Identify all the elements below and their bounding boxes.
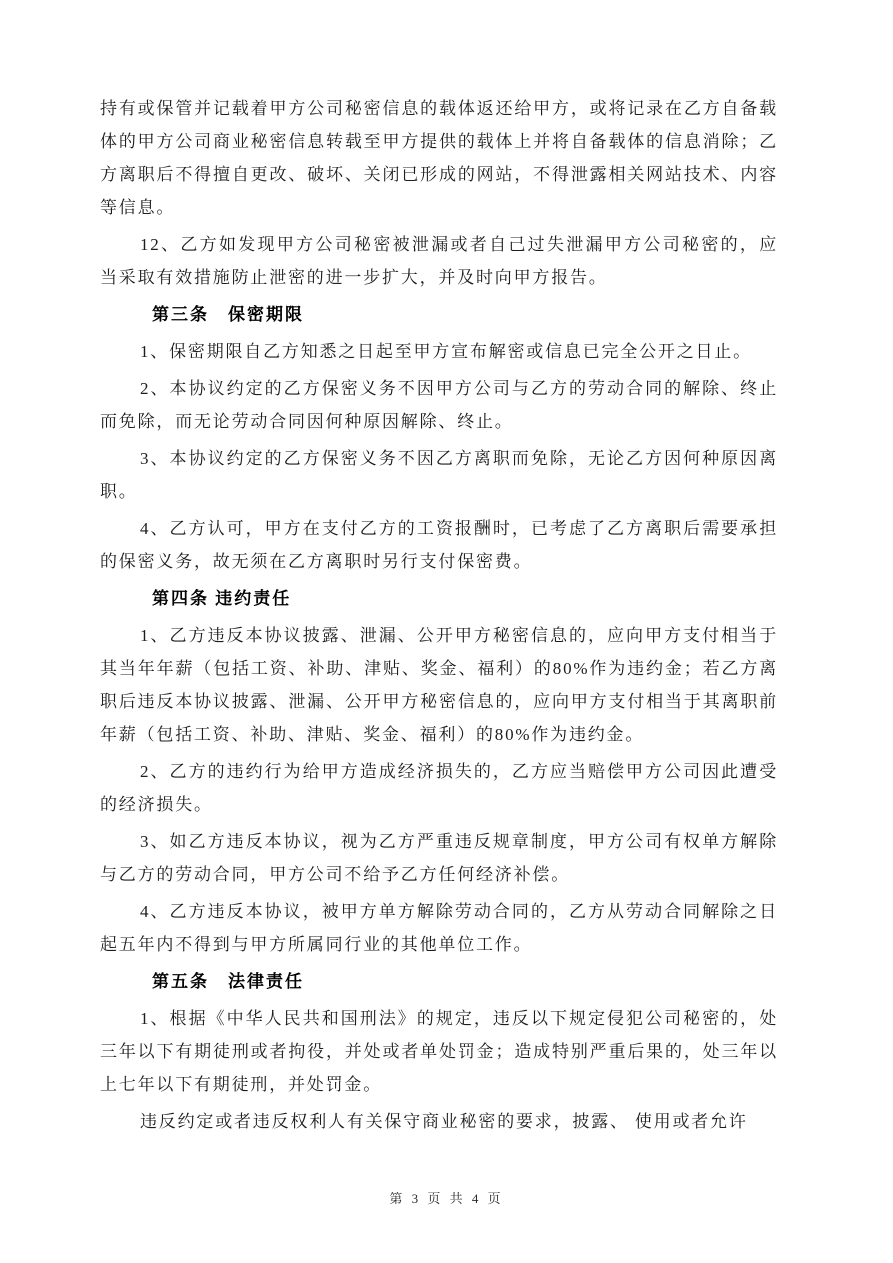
section-heading-article-5: 第五条 法律责任 <box>100 965 778 998</box>
paragraph: 持有或保管并记载着甲方公司秘密信息的载体返还给甲方，或将记录在乙方自备载体的甲方… <box>100 92 778 224</box>
paragraph: 4、乙方违反本协议，被甲方单方解除劳动合同的，乙方从劳动合同解除之日起五年内不得… <box>100 895 778 961</box>
paragraph: 2、乙方的违约行为给甲方造成经济损失的，乙方应当赔偿甲方公司因此遭受的经济损失。 <box>100 755 778 821</box>
paragraph: 1、乙方违反本协议披露、泄漏、公开甲方秘密信息的，应向甲方支付相当于其当年年薪（… <box>100 619 778 751</box>
paragraph: 1、保密期限自乙方知悉之日起至甲方宣布解密或信息已完全公开之日止。 <box>100 335 778 368</box>
paragraph: 3、本协议约定的乙方保密义务不因乙方离职而免除，无论乙方因何种原因离职。 <box>100 442 778 508</box>
document-page: 持有或保管并记载着甲方公司秘密信息的载体返还给甲方，或将记录在乙方自备载体的甲方… <box>0 0 893 1263</box>
paragraph: 违反约定或者违反权利人有关保守商业秘密的要求，披露、 使用或者允许 <box>100 1105 778 1138</box>
document-body: 持有或保管并记载着甲方公司秘密信息的载体返还给甲方，或将记录在乙方自备载体的甲方… <box>100 92 778 1142</box>
paragraph: 12、乙方如发现甲方公司秘密被泄漏或者自己过失泄漏甲方公司秘密的，应当采取有效措… <box>100 228 778 294</box>
paragraph: 3、如乙方违反本协议，视为乙方严重违反规章制度，甲方公司有权单方解除与乙方的劳动… <box>100 825 778 891</box>
paragraph: 1、根据《中华人民共和国刑法》的规定，违反以下规定侵犯公司秘密的，处三年以下有期… <box>100 1002 778 1101</box>
paragraph: 2、本协议约定的乙方保密义务不因甲方公司与乙方的劳动合同的解除、终止而免除，而无… <box>100 372 778 438</box>
section-heading-article-4: 第四条 违约责任 <box>100 582 778 615</box>
paragraph: 4、乙方认可，甲方在支付乙方的工资报酬时，已考虑了乙方离职后需要承担的保密义务，… <box>100 512 778 578</box>
section-heading-article-3: 第三条 保密期限 <box>100 298 778 331</box>
page-number-footer: 第 3 页 共 4 页 <box>0 1188 893 1207</box>
